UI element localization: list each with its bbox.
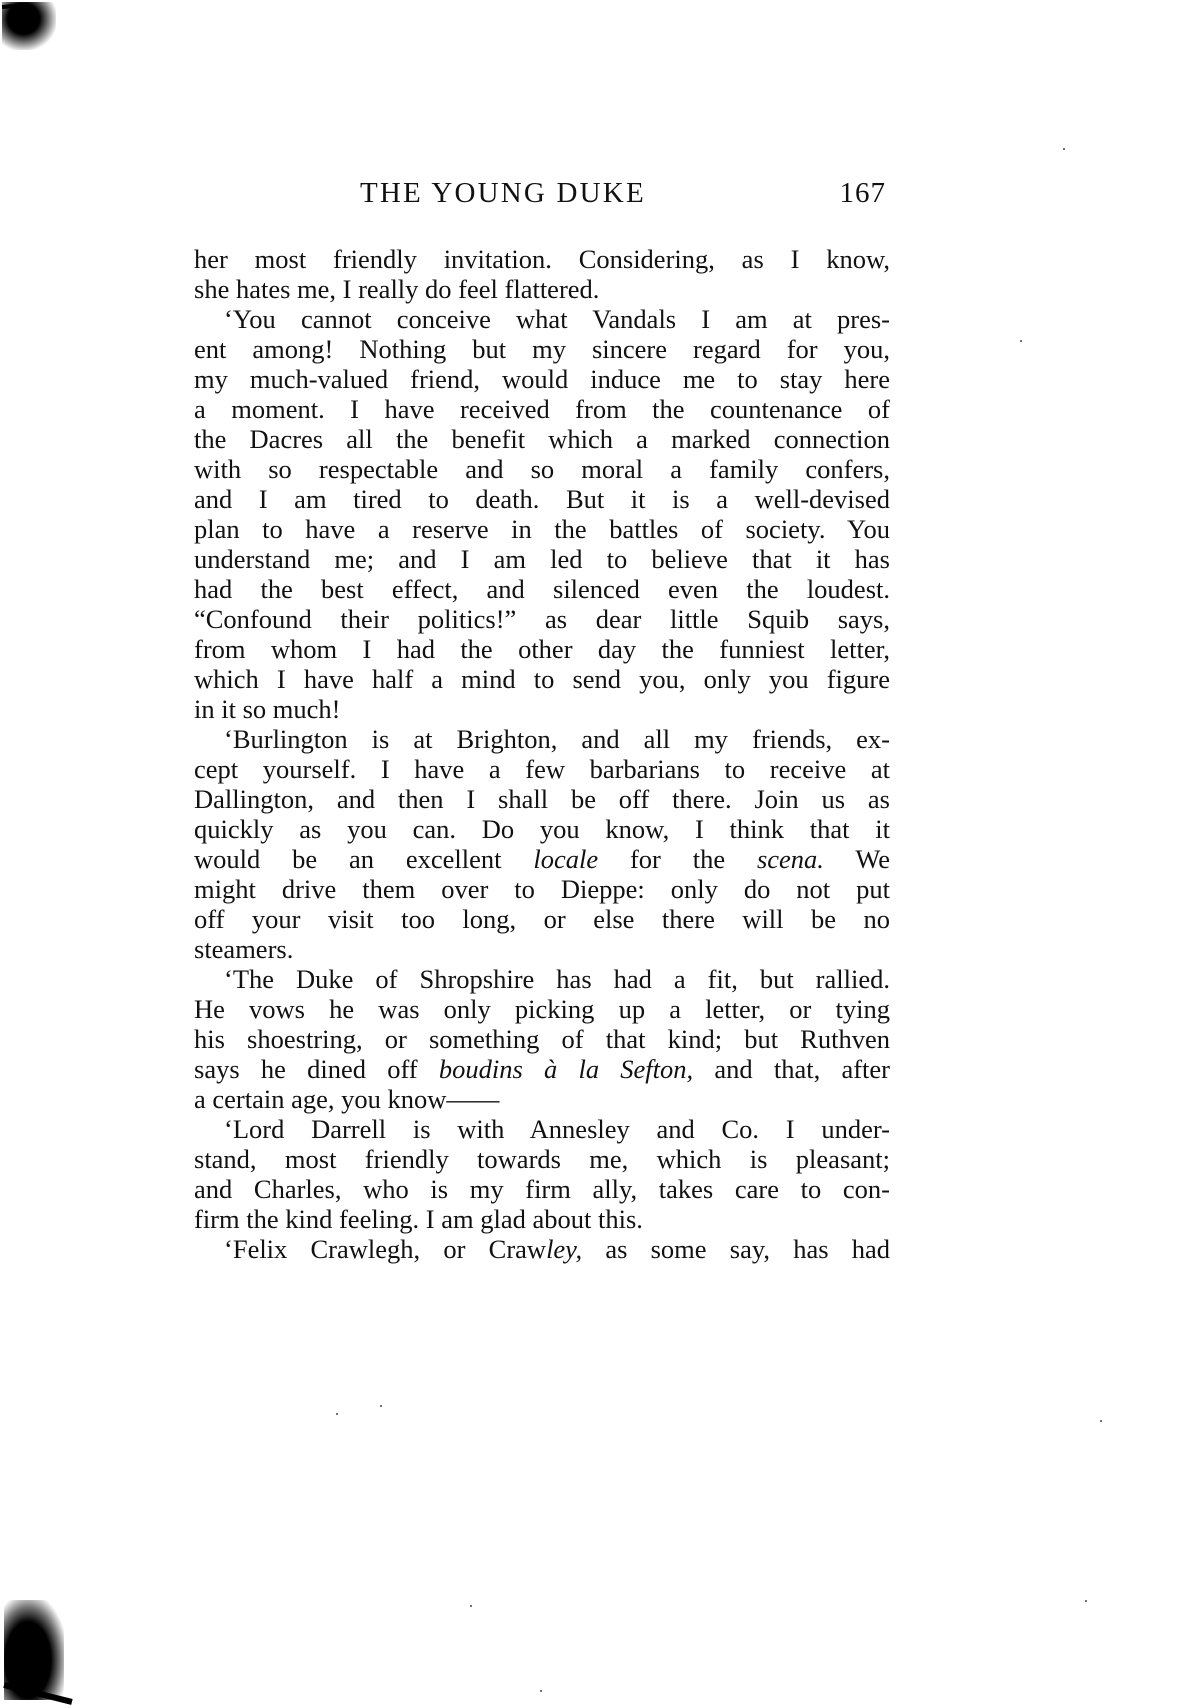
scan-speck: [1100, 1420, 1102, 1422]
paragraph-start-line: ‘Burlington is at Brighton, and all my f…: [194, 724, 890, 754]
text-line: a moment. I have received from the count…: [194, 394, 890, 424]
text-line: quickly as you can. Do you know, I think…: [194, 814, 890, 844]
text-line: and Charles, who is my firm ally, takes …: [194, 1174, 890, 1204]
text-line: off your visit too long, or else there w…: [194, 904, 890, 934]
paragraph-start-line: ‘The Duke of Shropshire has had a fit, b…: [194, 964, 890, 994]
text-span: as some say, has had: [582, 1234, 890, 1264]
running-head: THE YOUNG DUKE 167: [194, 176, 890, 210]
text-line: the Dacres all the benefit which a marke…: [194, 424, 890, 454]
text-span: would be an excellent: [194, 844, 533, 874]
italic-word: locale: [533, 844, 598, 874]
text-line: from whom I had the other day the funnie…: [194, 634, 890, 664]
text-line: He vows he was only picking up a letter,…: [194, 994, 890, 1024]
text-line: stand, most friendly towards me, which i…: [194, 1144, 890, 1174]
text-line: Dallington, and then I shall be off ther…: [194, 784, 890, 814]
text-line: steamers.: [194, 934, 890, 964]
text-line: had the best effect, and silenced even t…: [194, 574, 890, 604]
running-title: THE YOUNG DUKE: [360, 176, 646, 210]
italic-word: scena.: [757, 844, 824, 874]
paragraph-start-line: ‘Felix Crawlegh, or Crawley, as some say…: [194, 1234, 890, 1264]
text-line: says he dined off boudins à la Sefton, a…: [194, 1054, 890, 1084]
text-line: with so respectable and so moral a famil…: [194, 454, 890, 484]
text-line: in it so much!: [194, 694, 890, 724]
text-line: ent among! Nothing but my sincere regard…: [194, 334, 890, 364]
scan-speck: [1063, 148, 1065, 150]
scan-speck: [1020, 340, 1022, 342]
scan-speck: [1085, 1600, 1087, 1602]
text-line: cept yourself. I have a few barbarians t…: [194, 754, 890, 784]
text-line: plan to have a reserve in the battles of…: [194, 514, 890, 544]
scan-smudge-top-left: [2, 2, 56, 50]
text-line: would be an excellent locale for the sce…: [194, 844, 890, 874]
scan-speck: [380, 1405, 382, 1407]
book-page: THE YOUNG DUKE 167 her most friendly inv…: [0, 0, 1178, 1708]
text-line: which I have half a mind to send you, on…: [194, 664, 890, 694]
paragraph-start-line: ‘You cannot conceive what Vandals I am a…: [194, 304, 890, 334]
text-line: might drive them over to Dieppe: only do…: [194, 874, 890, 904]
page-number: 167: [840, 176, 887, 210]
scan-speck: [540, 1690, 542, 1692]
text-line: she hates me, I really do feel flattered…: [194, 274, 890, 304]
scan-speck: [470, 1605, 472, 1607]
text-line: and I am tired to death. But it is a wel…: [194, 484, 890, 514]
text-line: firm the kind feeling. I am glad about t…: [194, 1204, 890, 1234]
text-line: her most friendly invitation. Considerin…: [194, 244, 890, 274]
text-line: my much-valued friend, would induce me t…: [194, 364, 890, 394]
text-line: “Confound their politics!” as dear littl…: [194, 604, 890, 634]
text-line: understand me; and I am led to believe t…: [194, 544, 890, 574]
scan-speck: [336, 1413, 338, 1415]
italic-word: ley,: [546, 1234, 582, 1264]
text-span: ‘Felix Crawlegh, or Craw: [224, 1234, 546, 1264]
text-span: says he dined off: [194, 1054, 439, 1084]
body-text: her most friendly invitation. Considerin…: [194, 244, 890, 1264]
text-line: a certain age, you know——: [194, 1084, 890, 1114]
paragraph-start-line: ‘Lord Darrell is with Annesley and Co. I…: [194, 1114, 890, 1144]
text-span: We: [824, 844, 890, 874]
text-span: and that, after: [693, 1054, 890, 1084]
text-line: his shoestring, or something of that kin…: [194, 1024, 890, 1054]
text-span: for the: [598, 844, 757, 874]
italic-phrase: boudins à la Sefton,: [439, 1054, 693, 1084]
